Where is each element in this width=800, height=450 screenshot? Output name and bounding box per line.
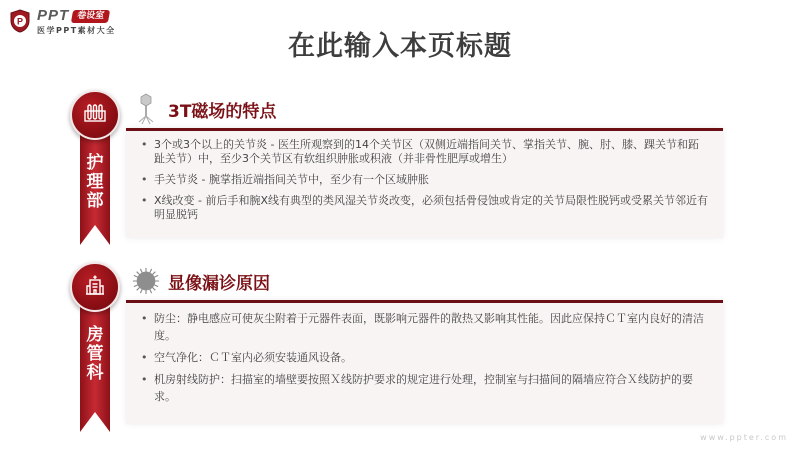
ribbon-notch <box>80 225 110 245</box>
section-heading: 3T磁场的特点 <box>132 92 276 126</box>
content-panel: 3个或3个以上的关节炎 - 医生所观察到的14个关节区（双侧近端指间关节、掌指关… <box>126 128 723 238</box>
department-label: 护理部 <box>80 154 110 211</box>
list-item: 手关节炎 - 腕掌指近端指间关节中，至少有一个区域肿胀 <box>140 173 709 187</box>
section-facilities: 房管科 <box>68 262 723 434</box>
section-heading-text: 3T磁场的特点 <box>168 97 276 122</box>
bullet-list: 防尘：静电感应可使灰尘附着于元器件表面，既影响元器件的散热又影响其性能。因此应保… <box>140 310 709 410</box>
page-title: 在此输入本页标题 <box>0 24 800 63</box>
ribbon-notch <box>80 412 110 432</box>
list-item: 防尘：静电感应可使灰尘附着于元器件表面，既影响元器件的散热又影响其性能。因此应保… <box>140 310 709 344</box>
section-heading-text: 显像漏诊原因 <box>168 269 270 294</box>
list-item: 机房射线防护：扫描室的墙壁要按照Ｘ线防护要求的规定进行处理，控制室与扫描间的隔墙… <box>140 371 709 405</box>
department-badge <box>70 90 120 140</box>
list-item: 3个或3个以上的关节炎 - 医生所观察到的14个关节区（双侧近端指间关节、掌指关… <box>140 138 709 166</box>
department-badge <box>70 262 120 312</box>
test-tubes-icon <box>84 103 106 127</box>
content-panel: 防尘：静电感应可使灰尘附着于元器件表面，既影响元器件的散热又影响其性能。因此应保… <box>126 300 723 424</box>
logo-brand: PPT <box>37 9 69 23</box>
list-item: 空气净化：ＣＴ室内必须安装通风设备。 <box>140 349 709 366</box>
section-nursing: 护理部 3T磁场的特点 3个或3个以上的 <box>68 90 723 245</box>
department-label: 房管科 <box>80 326 110 383</box>
virus-icon <box>132 264 160 298</box>
section-heading: 显像漏诊原因 <box>132 264 270 298</box>
footer-url: www.ppter.com <box>700 433 788 442</box>
bullet-list: 3个或3个以上的关节炎 - 医生所观察到的14个关节区（双侧近端指间关节、掌指关… <box>140 138 709 229</box>
divider-line <box>126 128 723 131</box>
department-ribbon: 房管科 <box>80 292 110 432</box>
bacteriophage-icon <box>132 92 160 126</box>
hospital-building-icon <box>85 275 105 299</box>
logo-badge: 卷设室 <box>71 10 110 23</box>
divider-line <box>126 300 723 303</box>
list-item: X线改变 - 前后手和腕X线有典型的类风湿关节炎改变，必须包括骨侵蚀或肯定的关节… <box>140 194 709 222</box>
